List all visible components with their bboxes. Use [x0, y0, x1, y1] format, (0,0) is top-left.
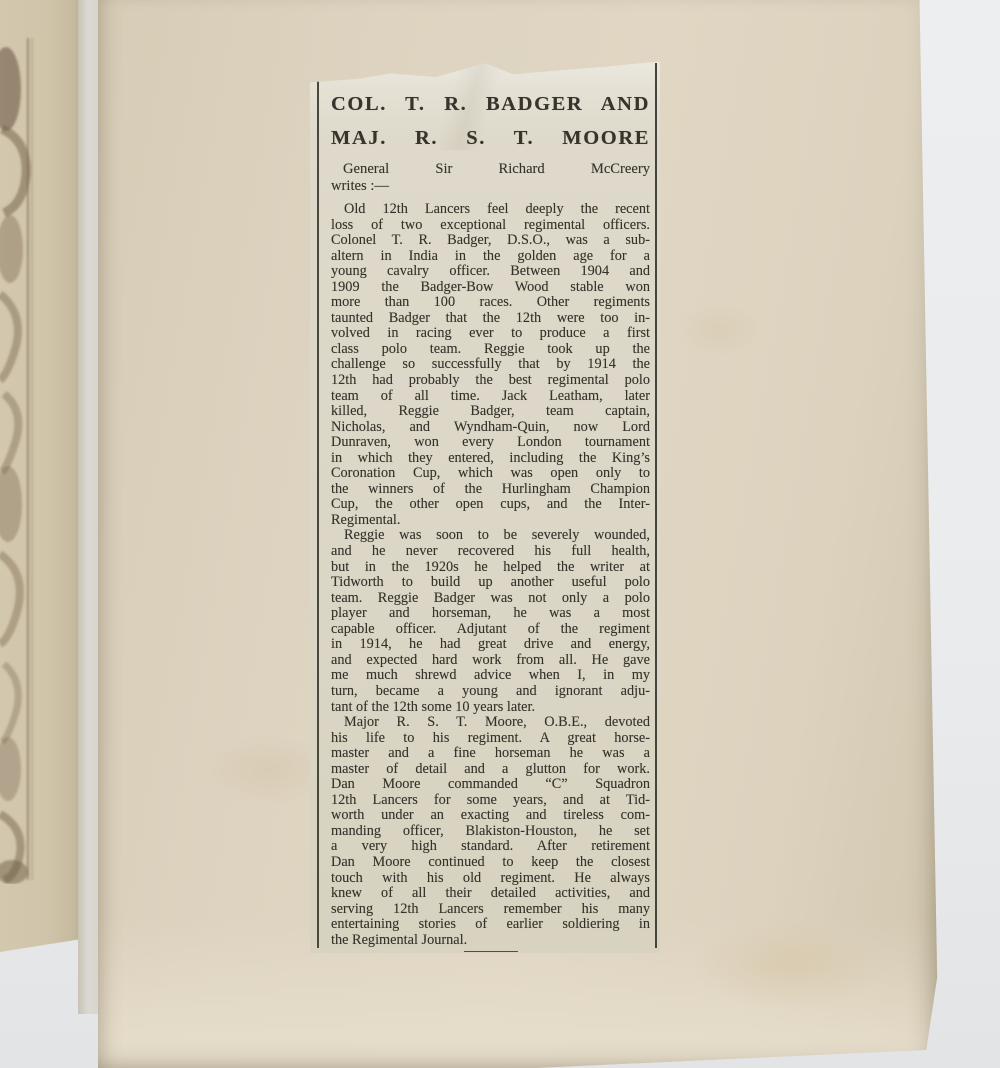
clipping-body: Old 12th Lancers feel deeply the recentl… [331, 202, 650, 948]
photo-backdrop: COL. T. R. BADGER ANDMAJ. R. S. T. MOORE… [0, 0, 1000, 1068]
ornamental-border-illustration [0, 34, 40, 884]
facing-page [0, 0, 84, 952]
article-paragraph-2: Reggie was soon to be severely wounded,a… [331, 528, 650, 715]
clipping-byline: General Sir Richard McCreerywrites :— [331, 161, 650, 195]
newspaper-clipping: COL. T. R. BADGER ANDMAJ. R. S. T. MOORE… [310, 60, 660, 953]
article-paragraph-1: Old 12th Lancers feel deeply the recentl… [331, 202, 650, 528]
clipping-headline: COL. T. R. BADGER ANDMAJ. R. S. T. MOORE [331, 87, 650, 155]
article-paragraph-3: Major R. S. T. Moore, O.B.E., devotedhis… [331, 715, 650, 948]
article-end-rule [464, 951, 518, 955]
clipping-content: COL. T. R. BADGER ANDMAJ. R. S. T. MOORE… [310, 60, 660, 953]
book-page: COL. T. R. BADGER ANDMAJ. R. S. T. MOORE… [98, 0, 938, 1068]
